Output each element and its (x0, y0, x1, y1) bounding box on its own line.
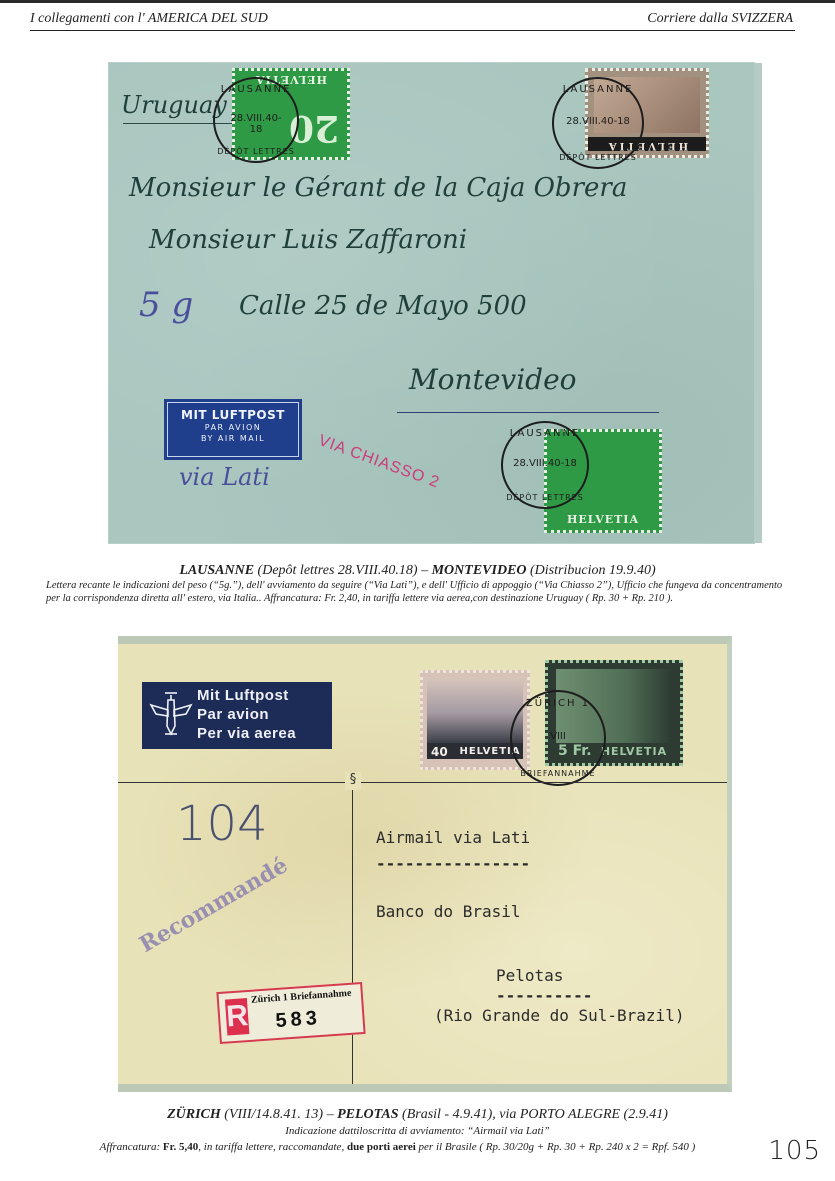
registration-office: Zürich 1 Briefannahme (251, 988, 352, 1006)
handwritten-country: Uruguay (121, 91, 227, 119)
recommande-cachet: Recommandé (135, 852, 292, 958)
airplane-icon (148, 690, 194, 742)
city-underline (397, 412, 659, 413)
cover-zurich-pelotas: Mit Luftpost Par avion Per via aerea 40 … (118, 636, 732, 1092)
handwritten-city: Montevideo (409, 363, 577, 396)
handwritten-route: via Lati (179, 463, 270, 491)
typed-dashes-2: ---------- (496, 986, 592, 1005)
registration-number: 583 (275, 1007, 322, 1033)
stamp-artwork (427, 677, 523, 743)
postmark-zurich: ZÜRICH 1 VIII BRIEFANNAHME (510, 690, 606, 786)
handwritten-number: 104 (176, 796, 268, 852)
page-header: I collegamenti con l' AMERICA DEL SUD Co… (30, 8, 795, 31)
handwritten-weight: 5 g (139, 285, 193, 325)
caption-1-description: Lettera recante le indicazioni del peso … (46, 579, 796, 605)
header-collection-title: Corriere dalla SVIZZERA (647, 11, 793, 27)
header-section-title: I collegamenti con l' AMERICA DEL SUD (30, 11, 268, 27)
divider-horizontal (118, 782, 727, 783)
printer-logo-icon: § (345, 772, 361, 790)
typed-line-airmail: Airmail via Lati (376, 828, 530, 847)
caption-1-title: LAUSANNE (Depôt lettres 28.VIII.40.18) –… (0, 563, 835, 579)
page-number: 105 (768, 1136, 821, 1166)
handwritten-address-line-3: Calle 25 de Mayo 500 (239, 291, 527, 321)
registration-letter: R (225, 998, 249, 1035)
typed-line-region: (Rio Grande do Sul-Brazil) (434, 1006, 684, 1025)
airmail-label-mit-luftpost-2: Mit Luftpost Par avion Per via aerea (142, 682, 332, 749)
airmail-label-mit-luftpost: MIT LUFTPOST PAR AVION BY AIR MAIL (164, 399, 302, 460)
postmark-lausanne-1: LAUSANNE 28.VIII.40-18 DÉPÔT LETTRES (213, 77, 299, 163)
postmark-lausanne-2: LAUSANNE 28.VIII.40-18 DÉPÔT LETTRES (552, 77, 644, 169)
typed-dashes-1: ---------------- (376, 854, 530, 873)
caption-2-subtitle: Indicazione dattiloscritta di avviamento… (0, 1125, 835, 1137)
postmark-lausanne-3: LAUSANNE 28.VIII.40-18 DÉPÔT LETTRES (501, 421, 589, 509)
top-border (0, 0, 835, 3)
caption-2-title: ZÜRICH (VIII/14.8.41. 13) – PELOTAS (Bra… (0, 1107, 835, 1123)
registration-label: R Zürich 1 Briefannahme 583 (216, 982, 365, 1044)
caption-2-postage: Affrancatura: Fr. 5,40, in tariffa lette… (0, 1141, 815, 1153)
typed-line-bank: Banco do Brasil (376, 902, 521, 921)
handwritten-address-line-1: Monsieur le Gérant de la Caja Obrera (129, 173, 627, 203)
divider-vertical (352, 784, 353, 1084)
handwritten-address-line-2: Monsieur Luis Zaffaroni (149, 225, 467, 255)
typed-line-city: Pelotas (496, 966, 563, 985)
